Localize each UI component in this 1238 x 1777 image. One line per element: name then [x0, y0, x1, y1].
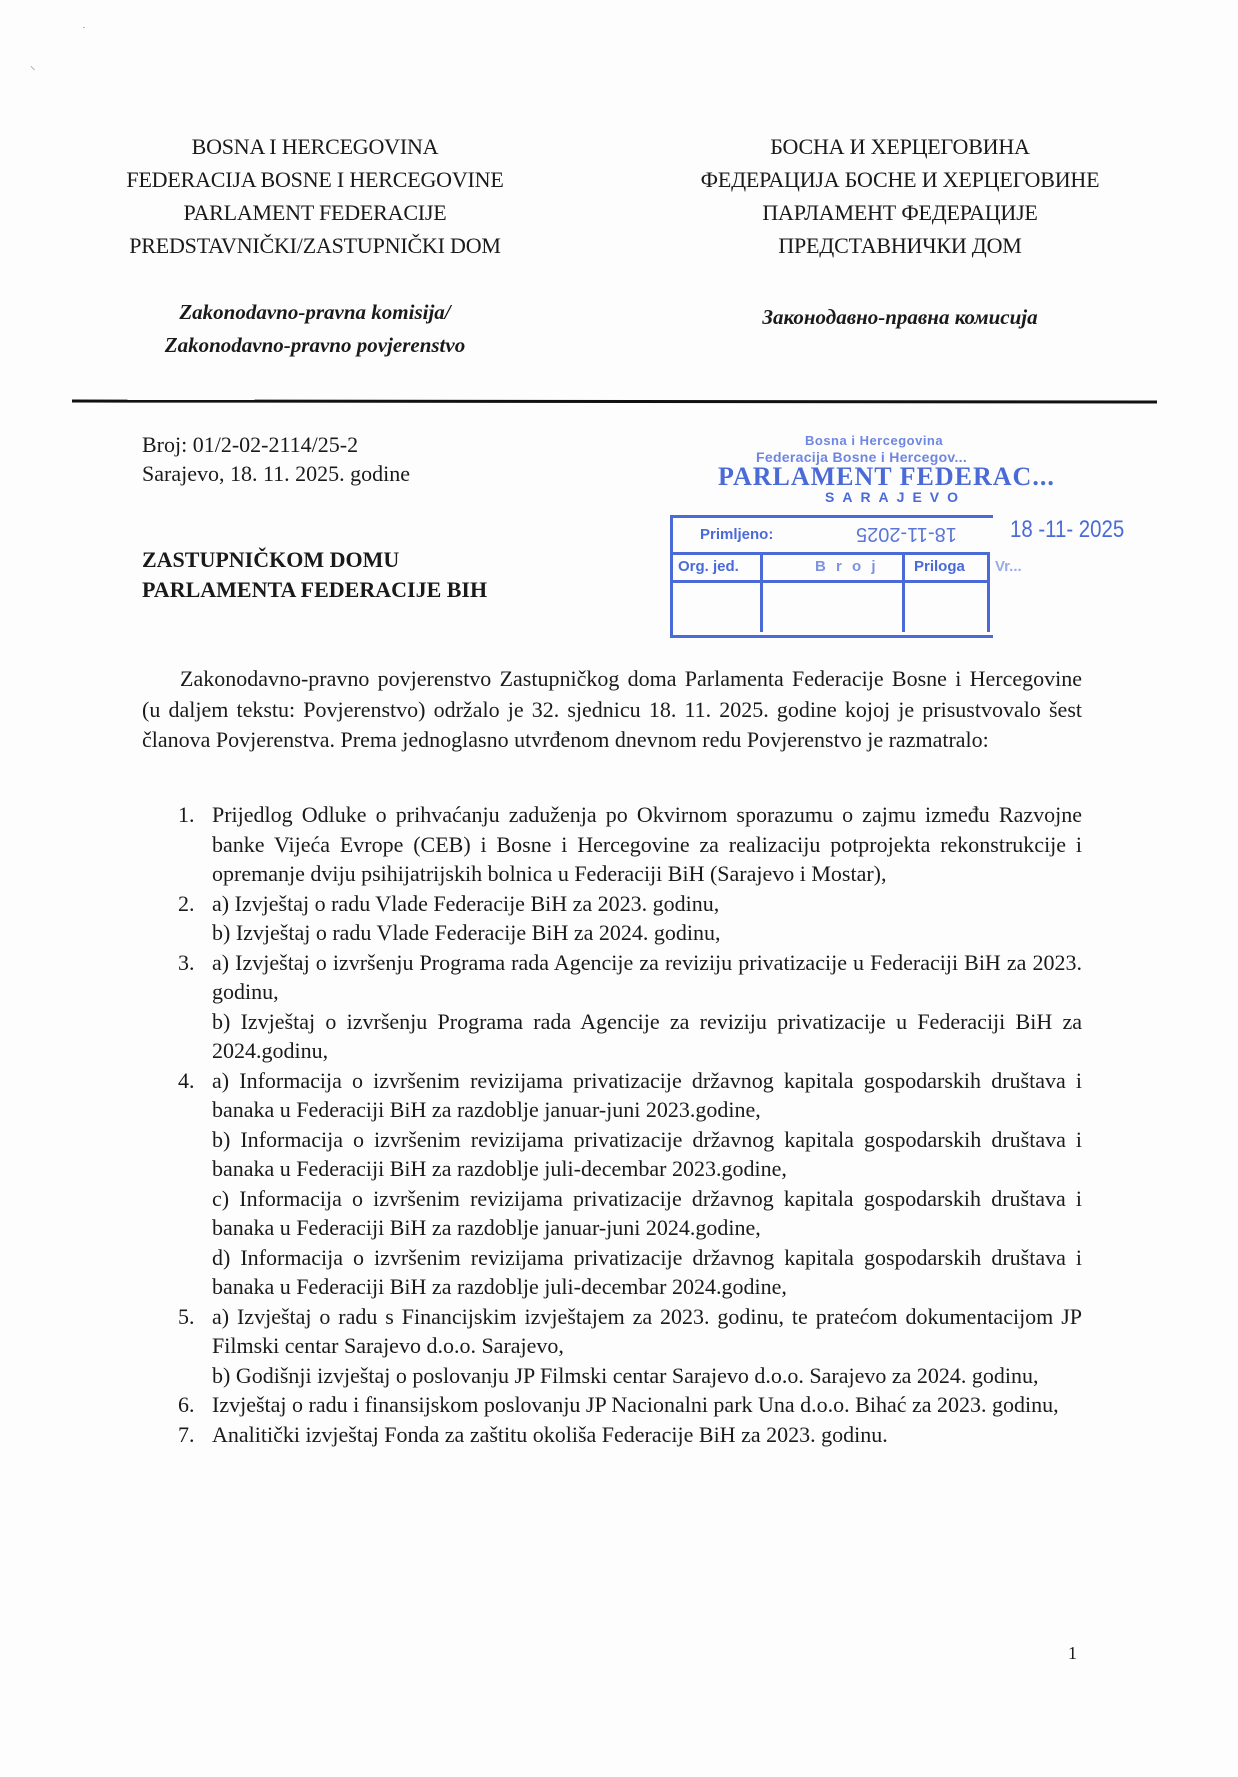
stamp-col-org: Org. jed.: [678, 558, 739, 575]
agenda-number: 2.: [178, 889, 195, 919]
stamp-city: SARAJEVO: [825, 489, 966, 505]
agenda-number: 7.: [178, 1420, 195, 1450]
addressee: ZASTUPNIČKOM DOMU PARLAMENTA FEDERACIJE …: [142, 545, 487, 605]
page-number: 1: [1068, 1643, 1077, 1664]
agenda-item: 3. a) Izvještaj o izvršenju Programa rad…: [178, 948, 1082, 1066]
stamp-handwritten-text: 18-11-2025: [856, 522, 957, 545]
agenda-number: 4.: [178, 1066, 195, 1096]
committee-cyrillic: Законодавно-правна комисија: [650, 301, 1150, 334]
agenda-text: c) Informacija o izvršenim revizijama pr…: [212, 1184, 1082, 1243]
received-stamp: Bosna i Hercegovina Federacija Bosne i H…: [670, 430, 1150, 640]
intro-paragraph: Zakonodavno-pravno povjerenstvo Zastupni…: [142, 664, 1082, 756]
stamp-divider: [760, 552, 763, 632]
committee-line: Zakonodavno-pravno povjerenstvo: [70, 329, 560, 362]
agenda-text: Izvještaj o radu i finansijskom poslovan…: [212, 1390, 1082, 1420]
agenda-text: a) Informacija o izvršenim revizijama pr…: [212, 1066, 1082, 1125]
reference-place-date: Sarajevo, 18. 11. 2025. godine: [142, 459, 410, 488]
agenda-item: 1. Prijedlog Odluke o prihvaćanju zaduže…: [178, 800, 1082, 889]
stamp-received-label: Primljeno:: [700, 526, 773, 543]
agenda-text: Analitički izvještaj Fonda za zaštitu ok…: [212, 1420, 1082, 1450]
stamp-divider: [670, 580, 990, 583]
stamp-handwritten-date: 18-11-2025: [856, 522, 957, 545]
scan-artifact: ⸌: [30, 66, 36, 77]
header-line: ПАРЛАМЕНТ ФЕДЕРАЦИЈЕ: [650, 196, 1150, 229]
stamp-divider: [902, 552, 905, 632]
agenda-item: 6. Izvještaj o radu i finansijskom poslo…: [178, 1390, 1082, 1420]
stamp-col-priloga: Priloga: [914, 558, 965, 575]
reference-block: Broj: 01/2-02-2114/25-2 Sarajevo, 18. 11…: [142, 430, 410, 488]
agenda-text: d) Informacija o izvršenim revizijama pr…: [212, 1243, 1082, 1302]
agenda-number: 6.: [178, 1390, 195, 1420]
stamp-col-broj: B r o j: [815, 558, 879, 575]
committee-line: Zakonodavno-pravna komisija/: [70, 296, 560, 329]
agenda-number: 5.: [178, 1302, 195, 1332]
agenda-number: 1.: [178, 800, 195, 830]
stamp-line: Bosna i Hercegovina: [805, 433, 943, 448]
stamp-divider: [670, 552, 990, 555]
committee-latin: Zakonodavno-pravna komisija/ Zakonodavno…: [70, 296, 560, 362]
header-line: ПРЕДСТАВНИЧКИ ДОМ: [650, 229, 1150, 262]
stamp-col-vrijednost: Vr...: [995, 558, 1022, 575]
agenda-item: 4. a) Informacija o izvršenim revizijama…: [178, 1066, 1082, 1302]
agenda-text: b) Godišnji izvještaj o poslovanju JP Fi…: [212, 1361, 1082, 1391]
stamp-divider: [987, 552, 990, 632]
reference-number: Broj: 01/2-02-2114/25-2: [142, 430, 410, 459]
agenda-text: Prijedlog Odluke o prihvaćanju zaduženja…: [212, 800, 1082, 889]
header-cyrillic: БОСНА И ХЕРЦЕГОВИНА ФЕДЕРАЦИЈА БОСНЕ И Х…: [650, 130, 1150, 262]
agenda-text: a) Izvještaj o izvršenju Programa rada A…: [212, 948, 1082, 1007]
header-line: БОСНА И ХЕРЦЕГОВИНА: [650, 130, 1150, 163]
agenda-text: a) Izvještaj o radu s Financijskim izvje…: [212, 1302, 1082, 1361]
header-latin: BOSNA I HERCEGOVINA FEDERACIJA BOSNE I H…: [70, 130, 560, 262]
scan-artifact: ˙: [82, 26, 86, 37]
committee-line: Законодавно-правна комисија: [650, 301, 1150, 334]
header-divider: [72, 400, 1157, 404]
stamp-received-date: 18 -11- 2025: [1010, 516, 1124, 544]
agenda-text: b) Izvještaj o radu Vlade Federacije BiH…: [212, 918, 1082, 948]
agenda-number: 3.: [178, 948, 195, 978]
stamp-title: PARLAMENT FEDERAC...: [718, 462, 1055, 492]
agenda-text: b) Izvještaj o izvršenju Programa rada A…: [212, 1007, 1082, 1066]
header-line: BOSNA I HERCEGOVINA: [70, 130, 560, 163]
agenda-item: 5. a) Izvještaj o radu s Financijskim iz…: [178, 1302, 1082, 1391]
addressee-line: PARLAMENTA FEDERACIJE BIH: [142, 575, 487, 605]
agenda-text: b) Informacija o izvršenim revizijama pr…: [212, 1125, 1082, 1184]
header-line: ФЕДЕРАЦИЈА БОСНЕ И ХЕРЦЕГОВИНЕ: [650, 163, 1150, 196]
agenda-item: 2. a) Izvještaj o radu Vlade Federacije …: [178, 889, 1082, 948]
header-line: PREDSTAVNIČKI/ZASTUPNIČKI DOM: [70, 229, 560, 262]
agenda-text: a) Izvještaj o radu Vlade Federacije BiH…: [212, 889, 1082, 919]
addressee-line: ZASTUPNIČKOM DOMU: [142, 545, 487, 575]
header-line: PARLAMENT FEDERACIJE: [70, 196, 560, 229]
header-line: FEDERACIJA BOSNE I HERCEGOVINE: [70, 163, 560, 196]
agenda-item: 7. Analitički izvještaj Fonda za zaštitu…: [178, 1420, 1082, 1450]
agenda-list: 1. Prijedlog Odluke o prihvaćanju zaduže…: [178, 800, 1082, 1449]
